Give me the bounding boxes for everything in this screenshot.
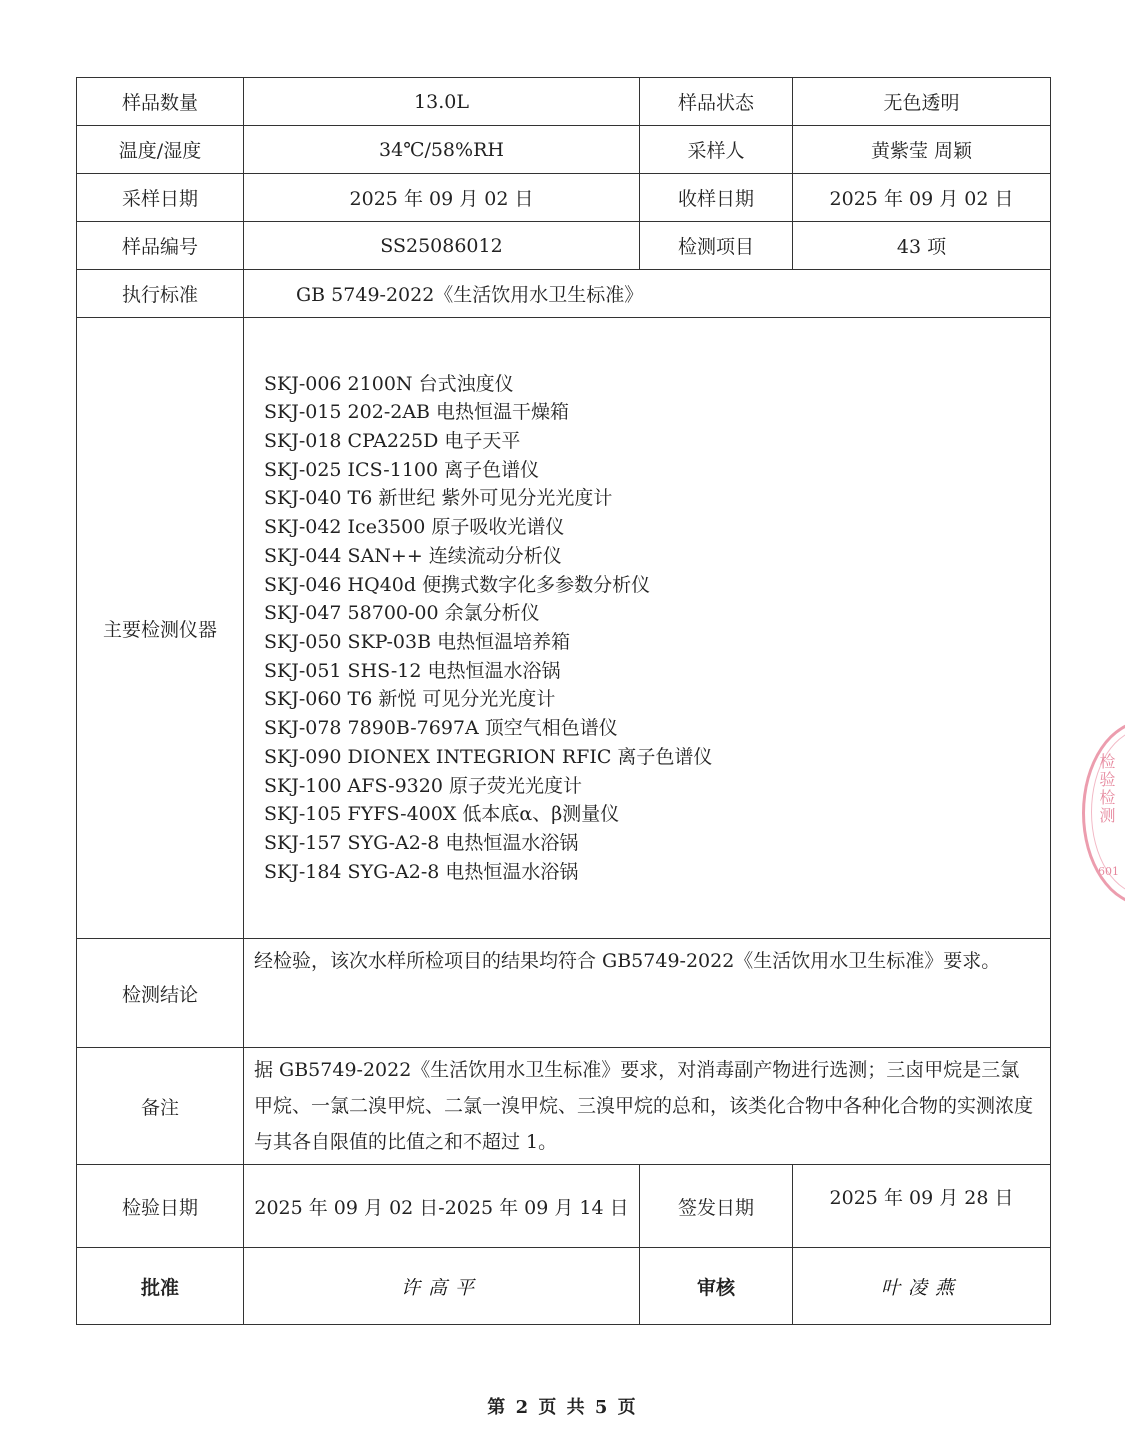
receiving-date-value: 2025 年 09 月 02 日 [793, 174, 1051, 222]
row-inspection-dates: 检验日期 2025 年 09 月 02 日-2025 年 09 月 14 日 签… [77, 1165, 1051, 1248]
instrument-item: SKJ-044 SAN++ 连续流动分析仪 [264, 542, 1050, 571]
conclusion-label: 检测结论 [77, 939, 244, 1048]
instrument-item: SKJ-042 Ice3500 原子吸收光谱仪 [264, 513, 1050, 542]
sampling-date-label: 采样日期 [77, 174, 244, 222]
instrument-item: SKJ-051 SHS-12 电热恒温水浴锅 [264, 657, 1050, 686]
instrument-item: SKJ-006 2100N 台式浊度仪 [264, 370, 1050, 399]
remarks-label: 备注 [77, 1048, 244, 1165]
sample-id-label: 样品编号 [77, 222, 244, 270]
instrument-item: SKJ-105 FYFS-400X 低本底α、β测量仪 [264, 800, 1050, 829]
row-instruments: 主要检测仪器 SKJ-006 2100N 台式浊度仪 SKJ-015 202-2… [77, 318, 1051, 939]
test-items-value: 43 项 [793, 222, 1051, 270]
sample-state-label: 样品状态 [640, 78, 793, 126]
seal-text: 检验检测 [1095, 753, 1118, 825]
page-number: 第 2 页 共 5 页 [0, 1393, 1125, 1419]
conclusion-text: 经检验，该次水样所检项目的结果均符合 GB5749-2022《生活饮用水卫生标准… [244, 939, 1050, 983]
row-signatures: 批准 许高平 审核 叶凌燕 [77, 1248, 1051, 1325]
instrument-item: SKJ-184 SYG-A2-8 电热恒温水浴锅 [264, 858, 1050, 887]
inspection-date-label: 检验日期 [77, 1165, 244, 1248]
report-table: 样品数量 13.0L 样品状态 无色透明 温度/湿度 34℃/58%RH 采样人… [76, 77, 1051, 1325]
temp-humidity-value: 34℃/58%RH [244, 126, 640, 174]
approval-signature: 许高平 [244, 1248, 640, 1325]
sample-quantity-value: 13.0L [244, 78, 640, 126]
official-seal-stamp: 检验检测 3601 [1082, 720, 1125, 906]
instrument-item: SKJ-050 SKP-03B 电热恒温培养箱 [264, 628, 1050, 657]
sample-state-value: 无色透明 [793, 78, 1051, 126]
test-items-label: 检测项目 [640, 222, 793, 270]
approval-label: 批准 [77, 1248, 244, 1325]
instruments-label: 主要检测仪器 [77, 318, 244, 939]
remarks-cell: 据 GB5749-2022《生活饮用水卫生标准》要求，对消毒副产物进行选测；三卤… [244, 1048, 1051, 1165]
sampling-date-value: 2025 年 09 月 02 日 [244, 174, 640, 222]
review-label: 审核 [640, 1248, 793, 1325]
instrument-item: SKJ-157 SYG-A2-8 电热恒温水浴锅 [264, 829, 1050, 858]
instruments-cell: SKJ-006 2100N 台式浊度仪 SKJ-015 202-2AB 电热恒温… [244, 318, 1051, 939]
instrument-list: SKJ-006 2100N 台式浊度仪 SKJ-015 202-2AB 电热恒温… [244, 370, 1050, 887]
row-standard: 执行标准 GB 5749-2022《生活饮用水卫生标准》 [77, 270, 1051, 318]
instrument-item: SKJ-015 202-2AB 电热恒温干燥箱 [264, 398, 1050, 427]
conclusion-cell: 经检验，该次水样所检项目的结果均符合 GB5749-2022《生活饮用水卫生标准… [244, 939, 1051, 1048]
standard-label: 执行标准 [77, 270, 244, 318]
row-remarks: 备注 据 GB5749-2022《生活饮用水卫生标准》要求，对消毒副产物进行选测… [77, 1048, 1051, 1165]
instrument-item: SKJ-046 HQ40d 便携式数字化多参数分析仪 [264, 571, 1050, 600]
instrument-item: SKJ-040 T6 新世纪 紫外可见分光光度计 [264, 484, 1050, 513]
row-conclusion: 检测结论 经检验，该次水样所检项目的结果均符合 GB5749-2022《生活饮用… [77, 939, 1051, 1048]
instrument-item: SKJ-018 CPA225D 电子天平 [264, 427, 1050, 456]
sample-quantity-label: 样品数量 [77, 78, 244, 126]
inspection-date-value: 2025 年 09 月 02 日-2025 年 09 月 14 日 [244, 1165, 640, 1248]
temp-humidity-label: 温度/湿度 [77, 126, 244, 174]
instrument-item: SKJ-100 AFS-9320 原子荧光光度计 [264, 772, 1050, 801]
issue-date-label: 签发日期 [640, 1165, 793, 1248]
receiving-date-label: 收样日期 [640, 174, 793, 222]
instrument-item: SKJ-060 T6 新悦 可见分光光度计 [264, 685, 1050, 714]
instrument-item: SKJ-047 58700-00 余氯分析仪 [264, 599, 1050, 628]
row-quantity-state: 样品数量 13.0L 样品状态 无色透明 [77, 78, 1051, 126]
instrument-item: SKJ-025 ICS-1100 离子色谱仪 [264, 456, 1050, 485]
review-signature: 叶凌燕 [793, 1248, 1051, 1325]
row-temp-sampler: 温度/湿度 34℃/58%RH 采样人 黄紫莹 周颖 [77, 126, 1051, 174]
row-dates: 采样日期 2025 年 09 月 02 日 收样日期 2025 年 09 月 0… [77, 174, 1051, 222]
instrument-item: SKJ-090 DIONEX INTEGRION RFIC 离子色谱仪 [264, 743, 1050, 772]
sampler-value: 黄紫莹 周颖 [793, 126, 1051, 174]
issue-date-value: 2025 年 09 月 28 日 [793, 1165, 1051, 1248]
sample-id-value: SS25086012 [244, 222, 640, 270]
row-id-items: 样品编号 SS25086012 检测项目 43 项 [77, 222, 1051, 270]
seal-number: 3601 [1091, 865, 1119, 878]
standard-value: GB 5749-2022《生活饮用水卫生标准》 [244, 270, 1051, 318]
instrument-item: SKJ-078 7890B-7697A 顶空气相色谱仪 [264, 714, 1050, 743]
sampler-label: 采样人 [640, 126, 793, 174]
remarks-text: 据 GB5749-2022《生活饮用水卫生标准》要求，对消毒副产物进行选测；三卤… [244, 1048, 1050, 1164]
